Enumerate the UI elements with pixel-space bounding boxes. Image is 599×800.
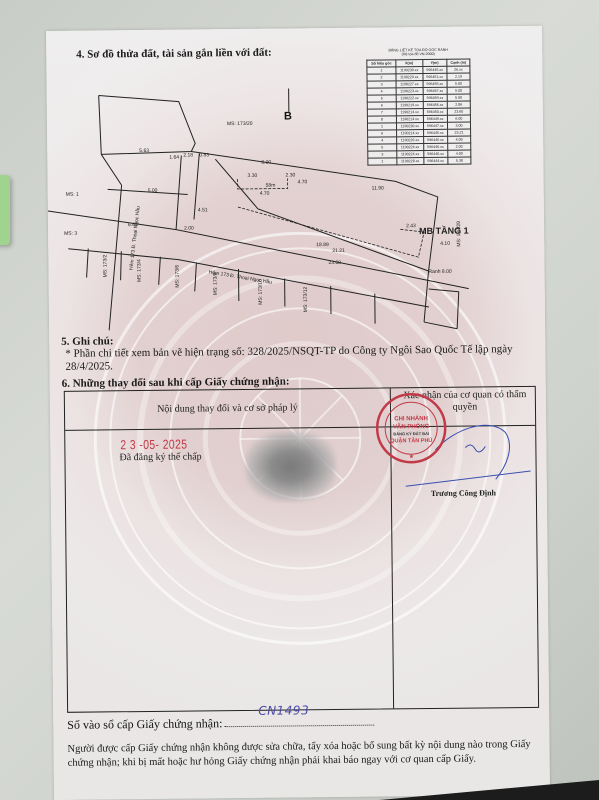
signer-name: Trương Công Định (431, 488, 496, 498)
svg-text:MS: 173/20: MS: 173/20 (227, 121, 253, 127)
certificate-number-field: CN1493 (224, 715, 374, 728)
svg-text:MS: 173/6: MS: 173/6 (174, 265, 180, 288)
svg-text:Ranh 8.00: Ranh 8.00 (429, 269, 452, 275)
table-divider (65, 426, 390, 430)
svg-text:8.00: 8.00 (261, 160, 271, 166)
svg-text:ĐĂNG KÝ ĐẤT ĐAI: ĐĂNG KÝ ĐẤT ĐAI (393, 431, 429, 436)
svg-text:2.43: 2.43 (406, 223, 416, 229)
section-5-title: 5. Ghi chú: (61, 335, 113, 348)
floor-plan-label: MB TẦNG 1 (419, 226, 469, 237)
certificate-number-line: Số vào sổ cấp Giấy chứng nhận:CN1493 (67, 715, 374, 733)
svg-text:MS: 173/10: MS: 173/10 (258, 279, 264, 305)
svg-text:VĂN PHÒNG: VĂN PHÒNG (393, 422, 430, 430)
svg-text:QUẬN TÂN PHÚ: QUẬN TÂN PHÚ (390, 437, 432, 444)
svg-text:MS: 1: MS: 1 (66, 192, 79, 198)
section-6-title: 6. Những thay đổi sau khi cấp Giấy chứng… (62, 375, 290, 389)
svg-text:5.63: 5.63 (139, 148, 149, 154)
coord-table-caption: BẢNG LIỆT KÊ TỌA ĐỘ GÓC RANH (Hệ tọa độ … (366, 48, 470, 57)
svg-text:23.60: 23.60 (328, 260, 341, 266)
warning-note: Người được cấp Giấy chứng nhận không đượ… (67, 738, 547, 771)
coord-caption-line-2: (Hệ tọa độ VN-2000) (366, 52, 470, 57)
official-seal-icon: CHI NHÁNH VĂN PHÒNG ĐĂNG KÝ ĐẤT ĐAI QUẬN… (375, 392, 448, 465)
land-certificate-page: 4. Sơ đồ thửa đất, tài sản gắn liền với … (46, 26, 550, 800)
svg-text:4.51: 4.51 (198, 207, 208, 213)
certificate-number-label: Số vào sổ cấp Giấy chứng nhận: (67, 716, 222, 732)
green-card-edge (0, 175, 10, 245)
svg-text:18.89: 18.89 (316, 242, 329, 248)
svg-text:21.21: 21.21 (332, 248, 345, 254)
svg-text:MS: 173/12: MS: 173/12 (303, 286, 309, 312)
svg-text:MS: 3: MS: 3 (64, 231, 77, 237)
entry-date-stamp: 2 3 -05- 2025 (120, 437, 187, 453)
svg-text:2.18: 2.18 (183, 152, 193, 158)
column-header-content: Nội dung thay đổi và cơ sở pháp lý (105, 402, 350, 416)
section-4-title: 4. Sơ đồ thửa đất, tài sản gắn liền với … (76, 47, 272, 61)
svg-text:1.64: 1.64 (169, 155, 179, 161)
redacted-area (245, 431, 336, 502)
svg-text:11.90: 11.90 (372, 185, 384, 191)
changes-table: Nội dung thay đổi và cơ sở pháp lý Xác n… (64, 386, 539, 713)
svg-text:MS: 173/8: MS: 173/8 (213, 272, 219, 295)
svg-text:2.00: 2.00 (184, 225, 194, 231)
svg-text:4.70: 4.70 (298, 179, 308, 185)
certificate-number: CN1493 (258, 703, 309, 718)
svg-text:★: ★ (409, 453, 414, 460)
svg-text:CHI NHÁNH: CHI NHÁNH (394, 415, 428, 422)
svg-text:MS: 173/4: MS: 173/4 (136, 259, 142, 282)
section-5-note: * Phần chi tiết xem bản vẽ hiện trạng số… (65, 343, 545, 374)
parcel-diagram: 5.63 1.64 2.18 0.83 8.00 4.70 11.90 4.70… (46, 66, 545, 361)
svg-text:58m: 58m (266, 183, 276, 189)
svg-text:0.83: 0.83 (199, 152, 209, 158)
entry-text: Đã đăng ký thế chấp (119, 451, 201, 463)
svg-text:5.00: 5.00 (148, 188, 158, 194)
svg-text:MS: 173/2: MS: 173/2 (102, 254, 108, 277)
svg-text:4.10: 4.10 (440, 241, 450, 247)
svg-text:2.30: 2.30 (285, 172, 295, 178)
svg-text:3.30: 3.30 (247, 173, 257, 179)
svg-text:4.70: 4.70 (260, 191, 270, 197)
